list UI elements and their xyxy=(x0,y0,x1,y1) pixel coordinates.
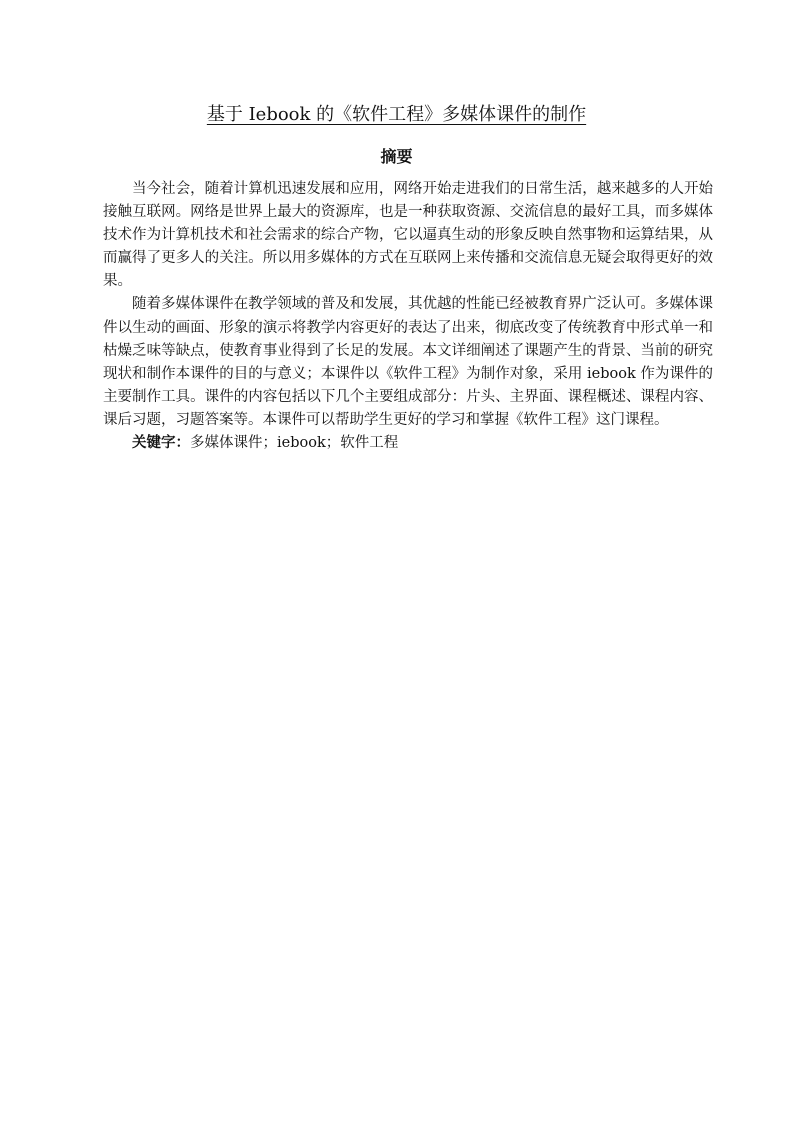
document-title-text: 基于 Iebook 的《软件工程》多媒体课件的制作 xyxy=(207,104,586,125)
document-title: 基于 Iebook 的《软件工程》多媒体课件的制作 xyxy=(0,103,793,127)
keywords-value: 多媒体课件；iebook；软件工程 xyxy=(190,435,398,451)
document-page: 基于 Iebook 的《软件工程》多媒体课件的制作 摘要 当今社会，随着计算机迅… xyxy=(0,0,793,1122)
abstract-body: 当今社会，随着计算机迅速发展和应用，网络开始走进我们的日常生活，越来越多的人开始… xyxy=(103,178,713,455)
abstract-heading: 摘要 xyxy=(0,145,793,169)
abstract-paragraph-2: 随着多媒体课件在教学领域的普及和发展，其优越的性能已经被教育界广泛认可。多媒体课… xyxy=(103,293,713,432)
keywords-label: 关键字： xyxy=(132,435,190,451)
abstract-paragraph-1: 当今社会，随着计算机迅速发展和应用，网络开始走进我们的日常生活，越来越多的人开始… xyxy=(103,178,713,293)
keywords-line: 关键字：多媒体课件；iebook；软件工程 xyxy=(103,432,713,455)
